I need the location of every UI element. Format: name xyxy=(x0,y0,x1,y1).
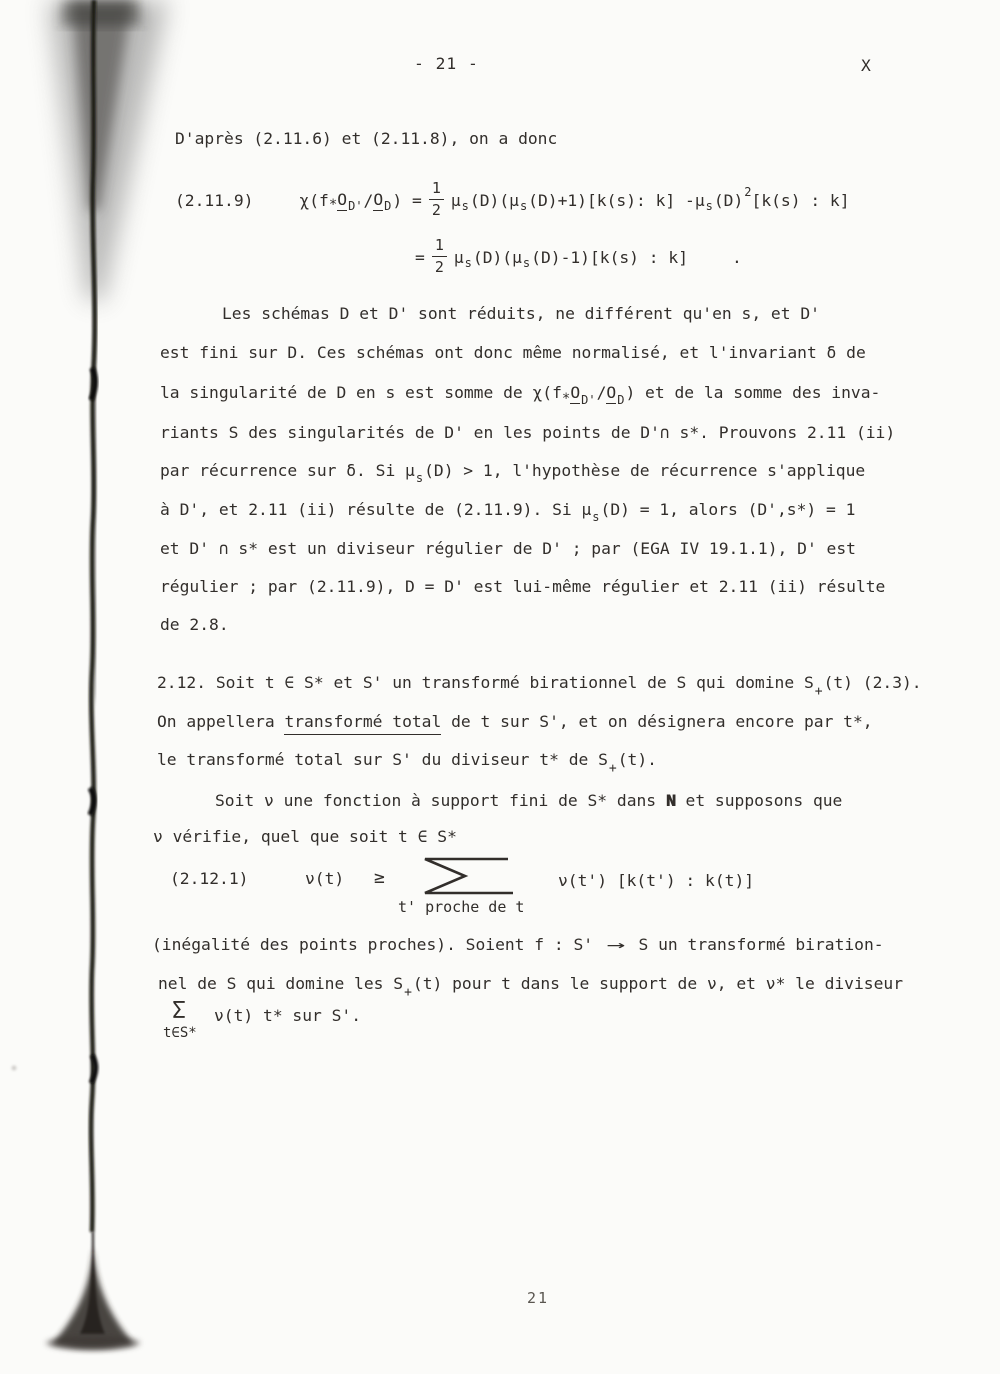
sigma-sum-symbol: Σ xyxy=(172,1000,186,1023)
superscript: 2 xyxy=(744,185,751,199)
equation-formula: χ(f*OD'/OD) = 12 μs(D)(μs(D)+1)[k(s): k]… xyxy=(299,181,849,219)
subscript: D' xyxy=(581,393,595,407)
text-run: (t) pour t dans le support de ν, et ν* l… xyxy=(413,974,903,993)
body-line: régulier ; par (2.11.9), D = D' est lui-… xyxy=(160,577,885,597)
mu: μ xyxy=(695,191,705,210)
subscript: s xyxy=(523,256,530,270)
big-sigma-sum-icon xyxy=(420,856,516,896)
subscript-plus: + xyxy=(815,684,823,699)
text-run: Soit ν une fonction à support fini de S*… xyxy=(215,791,666,810)
text-run: / xyxy=(597,383,607,402)
right-arrow: → xyxy=(606,935,625,955)
subscript: D xyxy=(617,393,624,407)
sheaf-O: O xyxy=(570,383,580,404)
text-run: par récurrence sur δ. Si μ xyxy=(160,461,415,480)
equation-rhs: ν(t') [k(t') : k(t)] xyxy=(558,871,754,891)
text-run: à D', et 2.11 (ii) résulte de (2.11.9). … xyxy=(160,500,591,519)
body-line: ν(t) t* sur S'. xyxy=(214,1006,361,1026)
fraction-one-half: 12 xyxy=(429,180,444,218)
body-line: On appellera transformé total de t sur S… xyxy=(157,712,873,732)
bold-N-naturals: N xyxy=(666,791,676,810)
footer-page-number: 21 xyxy=(527,1289,549,1307)
lower-star: * xyxy=(562,391,570,407)
text-run: la singularité de D en s est somme de χ(… xyxy=(160,383,562,402)
sheaf-O: O xyxy=(606,383,616,404)
text-run: et supposons que xyxy=(676,791,843,810)
equation-2-11-9-line2: = 12 μs(D)(μs(D)-1)[k(s) : k] . xyxy=(415,234,742,280)
text-run: (inégalité des points proches). Soient f… xyxy=(152,935,603,954)
body-line: par récurrence sur δ. Si μs(D) > 1, l'hy… xyxy=(160,461,865,481)
text-run: de t sur S', et on désignera encore par … xyxy=(441,712,872,731)
text-run: S un transformé biration- xyxy=(629,935,884,954)
geq-sign: ≥ xyxy=(374,867,385,890)
denominator: 2 xyxy=(432,200,441,219)
text-run: nel de S qui domine les S xyxy=(158,974,403,993)
header-page-number: - 21 - xyxy=(414,54,479,74)
text-run: ) et de la somme des inva- xyxy=(625,383,880,402)
formula-text: (D)( xyxy=(470,191,509,210)
formula-text: (D)+1)[k(s): k] - xyxy=(528,191,695,210)
mu: μ xyxy=(454,248,464,267)
formula-text: / xyxy=(364,191,374,210)
lower-star: * xyxy=(329,197,337,213)
mu: μ xyxy=(512,248,522,267)
equation-2-11-9-line1: (2.11.9) χ(f*OD'/OD) = 12 μs(D)(μs(D)+1)… xyxy=(175,176,850,224)
equals-sign: = xyxy=(415,248,425,267)
text-run: (t) (2.3). xyxy=(824,673,922,692)
body-line: Les schémas D et D' sont réduits, ne dif… xyxy=(222,304,820,324)
subscript: s xyxy=(416,471,423,485)
mu: μ xyxy=(451,191,461,210)
body-line: riants S des singularités de D' en les p… xyxy=(160,423,895,443)
body-line: est fini sur D. Ces schémas ont donc mêm… xyxy=(160,343,866,363)
formula-text: [k(s) : k] xyxy=(752,191,850,210)
intro-line: D'après (2.11.6) et (2.11.8), on a donc xyxy=(175,129,557,149)
header-corner-mark: X xyxy=(861,56,871,76)
sheaf-O: O xyxy=(373,190,383,211)
sum-index-text: t' proche de t xyxy=(398,898,524,916)
subscript: s xyxy=(465,256,472,270)
formula-text: (D)( xyxy=(473,248,512,267)
fraction-one-half: 12 xyxy=(432,237,447,275)
formula-text: (D)-1)[k(s) : k] xyxy=(531,248,688,267)
sheaf-O: O xyxy=(337,190,347,211)
body-line: (inégalité des points proches). Soient f… xyxy=(152,935,884,955)
text-run: 2.12. Soit t ∈ S* et S' un transformé bi… xyxy=(157,673,814,692)
equation-label: (2.12.1) xyxy=(170,869,248,889)
body-line: et D' ∩ s* est un diviseur régulier de D… xyxy=(160,539,856,559)
scanned-paper-page: - 21 - X D'après (2.11.6) et (2.11.8), o… xyxy=(0,0,1000,1374)
body-line: nel de S qui domine les S+(t) pour t dan… xyxy=(158,974,903,994)
denominator: 2 xyxy=(435,257,444,276)
body-line: le transformé total sur S' du diviseur t… xyxy=(157,750,657,770)
text-run: (D) = 1, alors (D',s*) = 1 xyxy=(601,500,856,519)
numerator: 1 xyxy=(432,237,447,257)
text-run: On appellera xyxy=(157,712,284,731)
numerator: 1 xyxy=(429,180,444,200)
trailing-period: . xyxy=(732,248,742,267)
subscript: D xyxy=(384,199,391,213)
body-line: ν vérifie, quel que soit t ∈ S* xyxy=(153,827,457,847)
text-run: (D) > 1, l'hypothèse de récurrence s'app… xyxy=(424,461,865,480)
equation-lhs: ν(t) xyxy=(305,869,344,889)
body-line: à D', et 2.11 (ii) résulte de (2.11.9). … xyxy=(160,500,855,520)
mu: μ xyxy=(509,191,519,210)
text-run: (t). xyxy=(618,750,657,769)
underlined-term: transformé total xyxy=(284,712,441,735)
subscript: s xyxy=(462,199,469,213)
formula-text: χ(f xyxy=(299,191,328,210)
text-run: le transformé total sur S' du diviseur t… xyxy=(157,750,608,769)
body-line: Soit ν une fonction à support fini de S*… xyxy=(215,791,842,811)
subscript: D' xyxy=(348,199,362,213)
subscript-plus: + xyxy=(609,761,617,776)
equation-label: (2.11.9) xyxy=(175,191,253,210)
sum-index-text: t∈S* xyxy=(163,1025,197,1041)
body-line: la singularité de D en s est somme de χ(… xyxy=(160,383,880,404)
subscript: s xyxy=(592,510,599,524)
subscript: s xyxy=(520,199,527,213)
subscript: s xyxy=(706,199,713,213)
body-line: de 2.8. xyxy=(160,615,229,635)
formula-text: (D) xyxy=(714,191,743,210)
formula-text: ) = xyxy=(392,191,421,210)
subscript-plus: + xyxy=(404,985,412,1000)
section-2-12-line: 2.12. Soit t ∈ S* et S' un transformé bi… xyxy=(157,673,922,693)
